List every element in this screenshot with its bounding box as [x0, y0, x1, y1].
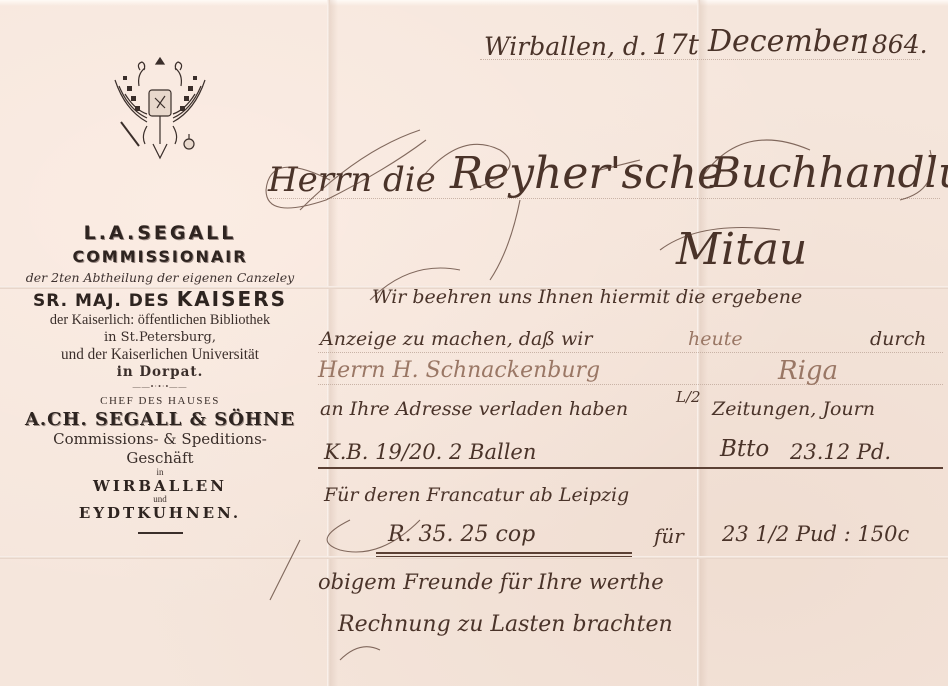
- body-line-5: K.B. 19/20. 2 Ballen: [324, 440, 536, 464]
- date-month: December: [708, 24, 864, 59]
- chef-label: CHEF DES HAUSES: [0, 395, 320, 407]
- letterhead-end-rule: [138, 532, 183, 534]
- majesty-prefix: SR. MAJ. DES: [33, 291, 170, 311]
- date-year: 1864.: [856, 30, 928, 59]
- und-word: und: [0, 495, 320, 504]
- content-description: Zeitungen, Journ: [712, 398, 875, 420]
- letter-sheet: L.A.SEGALL COMMISSIONAIR der 2ten Abthei…: [0, 0, 948, 686]
- body-line-9: Rechnung zu Lasten brachten: [338, 612, 673, 637]
- library-city: in St.Petersburg,: [0, 329, 320, 346]
- body-line-8: obigem Freunde für Ihre werthe: [318, 570, 664, 594]
- university-city: in Dorpat.: [0, 364, 320, 380]
- firm-title: COMMISSIONAIR: [0, 247, 320, 266]
- majesty-line: SR. MAJ. DES KAISERS: [0, 287, 320, 311]
- business-type-2: Geschäft: [0, 449, 320, 468]
- date-place: Wirballen, d.: [484, 32, 647, 61]
- recipient-firm: Buchhandlung: [710, 148, 948, 197]
- insert-mark: L/2: [676, 388, 701, 406]
- university-line: und der Kaiserlichen Universität: [8, 346, 312, 364]
- body-line-1: Wir beehren uns Ihnen hiermit die ergebe…: [372, 286, 802, 308]
- amount-underline-1: [376, 552, 632, 554]
- business-type: Commissions- & Speditions-: [0, 430, 320, 449]
- firm-name: L.A.SEGALL: [0, 222, 320, 244]
- majesty-name: KAISERS: [177, 287, 287, 311]
- date-day: 17t: [652, 28, 699, 61]
- total-rule: [318, 467, 943, 469]
- recipient-name: Reyher'sche: [450, 148, 723, 199]
- body-line-3: Herrn H. Schnackenburg: [318, 358, 600, 383]
- recipient-salutation: Herrn die: [268, 160, 436, 200]
- body-dotted-rule: [318, 384, 943, 385]
- body-dotted-rule: [318, 352, 943, 353]
- city-eydtkuhnen: EYDTKUHNEN.: [0, 504, 320, 522]
- top-edge: [0, 0, 948, 6]
- letterhead: L.A.SEGALL COMMISSIONAIR der 2ten Abthei…: [0, 50, 320, 534]
- weight-label: Btto: [720, 436, 769, 462]
- in-word: in: [0, 468, 320, 477]
- body-line-2: Anzeige zu machen, daß wir: [320, 328, 592, 350]
- rate-value: 23 1/2 Pud : 150c: [722, 522, 909, 546]
- amount-underline-2: [376, 556, 632, 557]
- city-wirballen: WIRBALLEN: [0, 477, 320, 495]
- inline-word-light: heute: [688, 328, 743, 350]
- weight-value: 23.12 Pd.: [790, 440, 891, 464]
- ornament-divider: ——•·•·•——: [0, 382, 320, 391]
- recipient-city: Mitau: [676, 224, 807, 275]
- inline-city-light: Riga: [778, 356, 838, 386]
- library-line: der Kaiserlich: öffentlichen Bibliothek: [8, 311, 312, 329]
- department-line: der 2ten Abtheilung der eigenen Canzeley: [0, 270, 320, 285]
- amount: R. 35. 25 cop: [388, 522, 535, 547]
- double-headed-eagle-icon: [105, 50, 215, 170]
- body-line-4: an Ihre Adresse verladen haben: [320, 398, 628, 420]
- inline-via: durch: [870, 328, 926, 350]
- rate-label: für: [654, 524, 684, 548]
- body-line-6: Für deren Francatur ab Leipzig: [324, 484, 629, 506]
- house-name: A.CH. SEGALL & SÖHNE: [0, 409, 320, 430]
